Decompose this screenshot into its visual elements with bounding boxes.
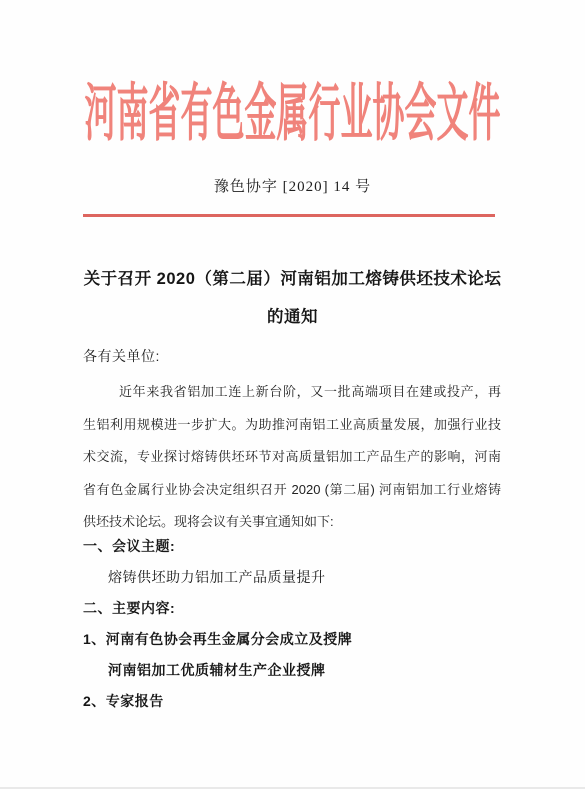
section-heading-topic: 一、会议主题: — [83, 531, 503, 562]
masthead: 河南省有色金属行业协会文件 — [0, 80, 585, 114]
paragraph-line-3: 术交流，专业探讨熔铸供坯环节对高质量铝加工产品生产的影响，河南 — [83, 441, 501, 474]
section-topic-text: 熔铸供坯助力铝加工产品质量提升 — [83, 562, 503, 593]
notice-title: 关于召开 2020（第二届）河南铝加工熔铸供坯技术论坛 的通知 — [0, 260, 585, 336]
paragraph-line-4: 省有色金属行业协会决定组织召开 2020 (第二届) 河南铝加工行业熔铸 — [83, 474, 501, 507]
doc-number: 豫色协字 [2020] 14 号 — [0, 176, 585, 198]
salutation: 各有关单位: — [83, 346, 503, 366]
notice-title-line-2: 的通知 — [0, 298, 585, 336]
section-item-2: 2、专家报告 — [83, 686, 503, 717]
sections-list: 一、会议主题: 熔铸供坯助力铝加工产品质量提升 二、主要内容: 1、河南有色协会… — [83, 531, 503, 717]
section-heading-content: 二、主要内容: — [83, 593, 503, 624]
red-divider — [83, 214, 495, 217]
paragraph-line-2: 生铝利用规模进一步扩大。为助推河南铝工业高质量发展，加强行业技 — [83, 409, 501, 442]
paragraph-line-1: 近年来我省铝加工连上新台阶，又一批高端项目在建或投产，再 — [83, 376, 501, 409]
section-item-1b: 河南铝加工优质辅材生产企业授牌 — [83, 655, 503, 686]
masthead-title: 河南省有色金属行业协会文件 — [84, 80, 500, 146]
section-item-1: 1、河南有色协会再生金属分会成立及授牌 — [83, 624, 503, 655]
notice-title-line-1: 关于召开 2020（第二届）河南铝加工熔铸供坯技术论坛 — [0, 260, 585, 298]
body-paragraph: 近年来我省铝加工连上新台阶，又一批高端项目在建或投产，再 生铝利用规模进一步扩大… — [83, 376, 501, 539]
